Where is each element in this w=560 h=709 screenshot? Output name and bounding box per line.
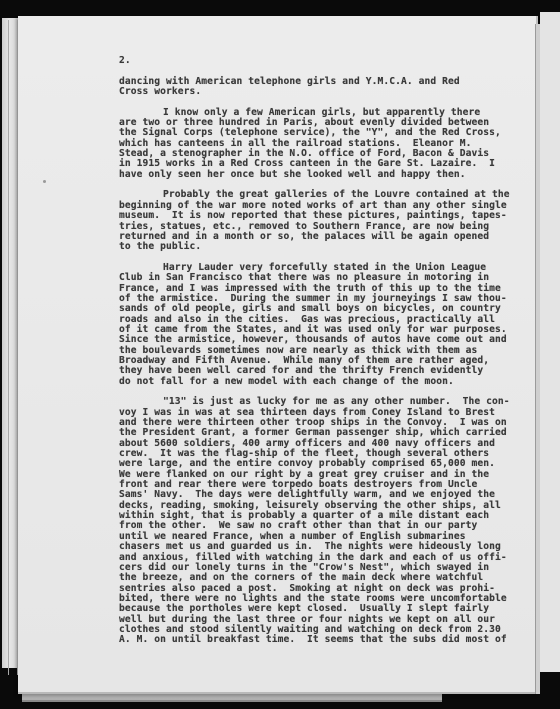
text-line: because the portholes were kept closed. … <box>119 604 539 614</box>
paragraph: Probably the great galleries of the Louv… <box>119 190 539 252</box>
text-line: Cross workers. <box>119 87 539 97</box>
scanned-document: 2. dancing with American telephone girls… <box>0 0 560 709</box>
paragraph: "13" is just as lucky for me as any othe… <box>119 397 539 645</box>
underlying-sheet-right-edge <box>540 12 560 672</box>
paper-smudge <box>43 180 46 183</box>
document-body: 2. dancing with American telephone girls… <box>119 56 539 646</box>
paragraph-list: dancing with American telephone girls an… <box>119 77 539 646</box>
page-number: 2. <box>119 56 539 66</box>
text-line: A. M. on until breakfast time. It seems … <box>119 635 539 645</box>
paragraph: dancing with American telephone girls an… <box>119 77 539 98</box>
text-line: the breeze, and on the corners of the ma… <box>119 573 539 583</box>
text-line: chasers met us and guarded us in. The ni… <box>119 542 539 552</box>
paragraph: Harry Lauder very forcefully stated in t… <box>119 263 539 387</box>
paragraph: I know only a few American girls, but ap… <box>119 108 539 180</box>
text-line: to the public. <box>119 242 539 252</box>
text-line: have only seen her once but she looked w… <box>119 170 539 180</box>
text-line: museum. It is now reported that these pi… <box>119 211 539 221</box>
underlying-sheet-left-edge-line <box>8 20 18 675</box>
text-line: do not fall for a new model with each ch… <box>119 377 539 387</box>
text-line: Club in San Francisco that there was no … <box>119 273 539 283</box>
